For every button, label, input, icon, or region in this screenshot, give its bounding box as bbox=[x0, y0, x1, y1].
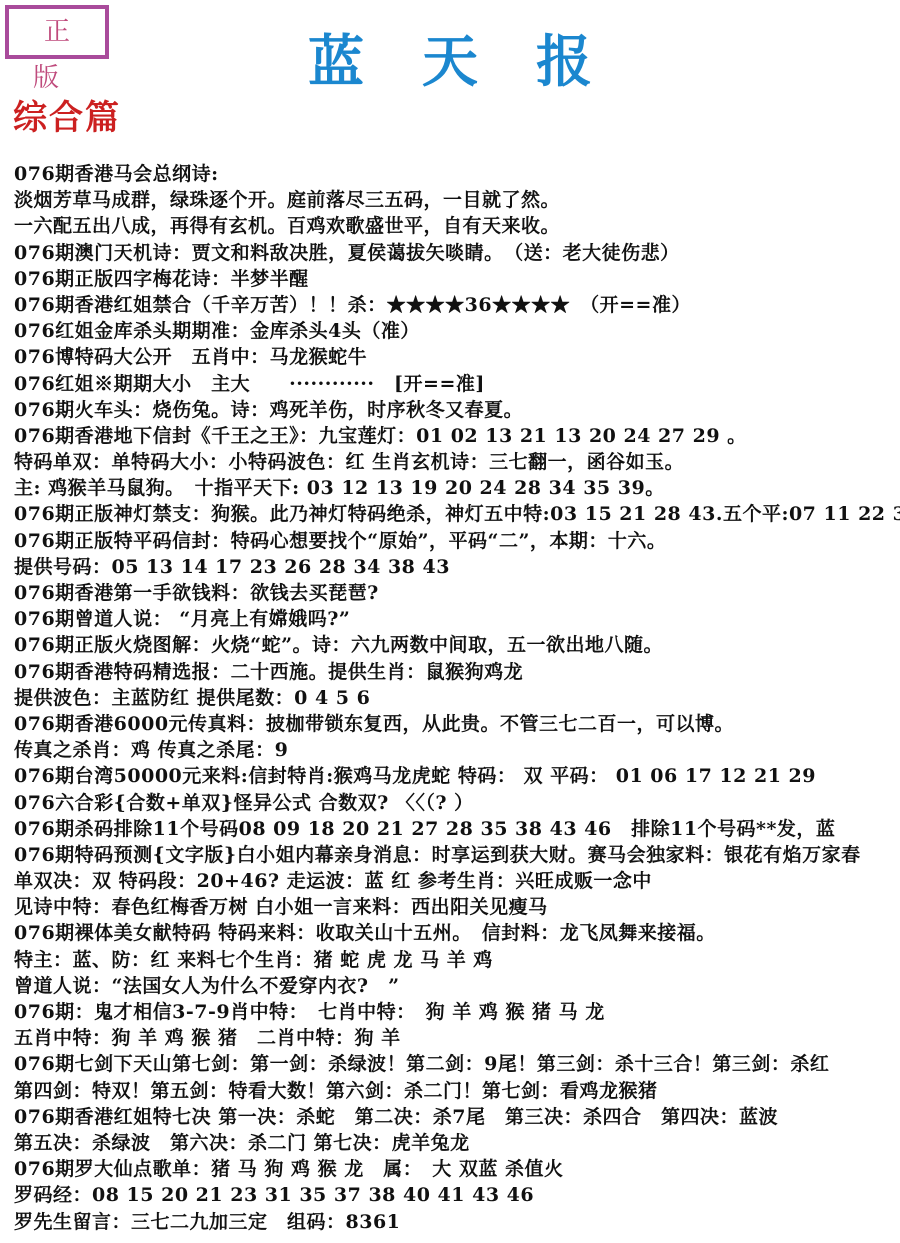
text-line: 076期澳门天机诗：贾文和料敌决胜，夏侯蔼拔矢啖睛。 （送：老大徒伤悲） bbox=[14, 240, 900, 266]
text-line: 一六配五出八成，再得有玄机。百鸡欢歌盛世平，自有天来收。 bbox=[14, 213, 900, 239]
text-line: 罗码经：08 15 20 21 23 31 35 37 38 40 41 43 … bbox=[14, 1182, 900, 1208]
text-line: 076红姐※期期大小 主大 ············ [开==准] bbox=[14, 371, 900, 397]
text-line: 见诗中特：春色红梅香万树 白小姐一言来料：西出阳关见瘦马 bbox=[14, 894, 900, 920]
text-line: 076红姐金库杀头期期准：金库杀头4头（准） bbox=[14, 318, 900, 344]
content-lines: 076期香港马会总纲诗:淡烟芳草马成群，绿珠逐个开。庭前落尽三五码，一目就了然。… bbox=[14, 161, 900, 1235]
text-line: 特码单双：单特码大小：小特码波色：红 生肖玄机诗：三七翻一，函谷如玉。 bbox=[14, 449, 900, 475]
text-line: 传真之杀肖：鸡 传真之杀尾：9 bbox=[14, 737, 900, 763]
text-line: 076期香港特码精选报：二十西施。提供生肖：鼠猴狗鸡龙 bbox=[14, 659, 900, 685]
text-line: 主: 鸡猴羊马鼠狗。 十指平天下: 03 12 13 19 20 24 28 3… bbox=[14, 475, 900, 501]
text-line: 076期曾道人说： “月亮上有嫦娥吗?” bbox=[14, 606, 900, 632]
text-line: 076期香港红姐禁合（千辛万苦）！！杀：★★★★36★★★★ （开==准） bbox=[14, 292, 900, 318]
text-line: 076期杀码排除11个号码08 09 18 20 21 27 28 35 38 … bbox=[14, 816, 900, 842]
text-line: 提供号码：05 13 14 17 23 26 28 34 38 43 bbox=[14, 554, 900, 580]
text-line: 罗先生留言：三七二九加三定 组码：8361 bbox=[14, 1209, 900, 1235]
text-line: 076期香港马会总纲诗: bbox=[14, 161, 900, 187]
text-line: 第五决：杀绿波 第六决：杀二门 第七决：虎羊兔龙 bbox=[14, 1130, 900, 1156]
text-line: 076期正版神灯禁支：狗猴。此乃神灯特码绝杀，神灯五中特:03 15 21 28… bbox=[14, 501, 900, 527]
text-line: 曾道人说：“法国女人为什么不爱穿内衣? ” bbox=[14, 973, 900, 999]
newspaper-page: 正版 蓝天报 综合篇 076期香港马会总纲诗:淡烟芳草马成群，绿珠逐个开。庭前落… bbox=[0, 0, 900, 1243]
text-line: 076期裸体美女献特码 特码来料：收取关山十五州。 信封料：龙飞凤舞来接福。 bbox=[14, 920, 900, 946]
text-line: 076期罗大仙点歌单：猪 马 狗 鸡 猴 龙 属： 大 双蓝 杀值火 bbox=[14, 1156, 900, 1182]
text-line: 076博特码大公开 五肖中：马龙猴蛇牛 bbox=[14, 344, 900, 370]
page-title: 蓝天报 bbox=[0, 18, 900, 98]
text-line: 076期香港第一手欲钱料：欲钱去买琵琶? bbox=[14, 580, 900, 606]
text-line: 第四剑：特双！第五剑：特看大数！第六剑：杀二门！第七剑：看鸡龙猴猪 bbox=[14, 1078, 900, 1104]
text-line: 076期正版四字梅花诗：半梦半醒 bbox=[14, 266, 900, 292]
text-line: 076期火车头：烧伤兔。诗：鸡死羊伤，时序秋冬又春夏。 bbox=[14, 397, 900, 423]
text-line: 076期台湾50000元来料:信封特肖:猴鸡马龙虎蛇 特码： 双 平码： 01 … bbox=[14, 763, 900, 789]
text-line: 076期香港6000元传真料：披枷带锁东复西，从此贵。不管三七二百一，可以博。 bbox=[14, 711, 900, 737]
text-line: 提供波色：主蓝防红 提供尾数：0 4 5 6 bbox=[14, 685, 900, 711]
text-line: 淡烟芳草马成群，绿珠逐个开。庭前落尽三五码，一目就了然。 bbox=[14, 187, 900, 213]
text-line: 076六合彩{合数+单双}怪异公式 合数双? 〈〈（? ） bbox=[14, 790, 900, 816]
text-line: 076期香港地下信封《千王之王》：九宝莲灯：01 02 13 21 13 20 … bbox=[14, 423, 900, 449]
text-line: 076期特码预测{文字版}白小姐内幕亲身消息：时享运到获大财。赛马会独家料：银花… bbox=[14, 842, 900, 868]
text-line: 特主：蓝、防：红 来料七个生肖：猪 蛇 虎 龙 马 羊 鸡 bbox=[14, 947, 900, 973]
text-line: 076期七剑下天山第七剑：第一剑：杀绿波！第二剑：9尾！第三剑：杀十三合！第三剑… bbox=[14, 1051, 900, 1077]
section-heading: 综合篇 bbox=[13, 90, 121, 139]
text-line: 076期正版火烧图解：火烧“蛇”。诗：六九两数中间取，五一欲出地八随。 bbox=[14, 632, 900, 658]
text-line: 076期：鬼才相信3-7-9肖中特： 七肖中特： 狗 羊 鸡 猴 猪 马 龙 bbox=[14, 999, 900, 1025]
text-line: 076期香港红姐特七决 第一决：杀蛇 第二决：杀7尾 第三决：杀四合 第四决：蓝… bbox=[14, 1104, 900, 1130]
text-line: 076期正版特平码信封：特码心想要找个“原始”，平码“二”，本期：十六。 bbox=[14, 528, 900, 554]
text-line: 单双决：双 特码段：20+46? 走运波：蓝 红 参考生肖：兴旺成贩一念中 bbox=[14, 868, 900, 894]
text-line: 五肖中特：狗 羊 鸡 猴 猪 二肖中特：狗 羊 bbox=[14, 1025, 900, 1051]
